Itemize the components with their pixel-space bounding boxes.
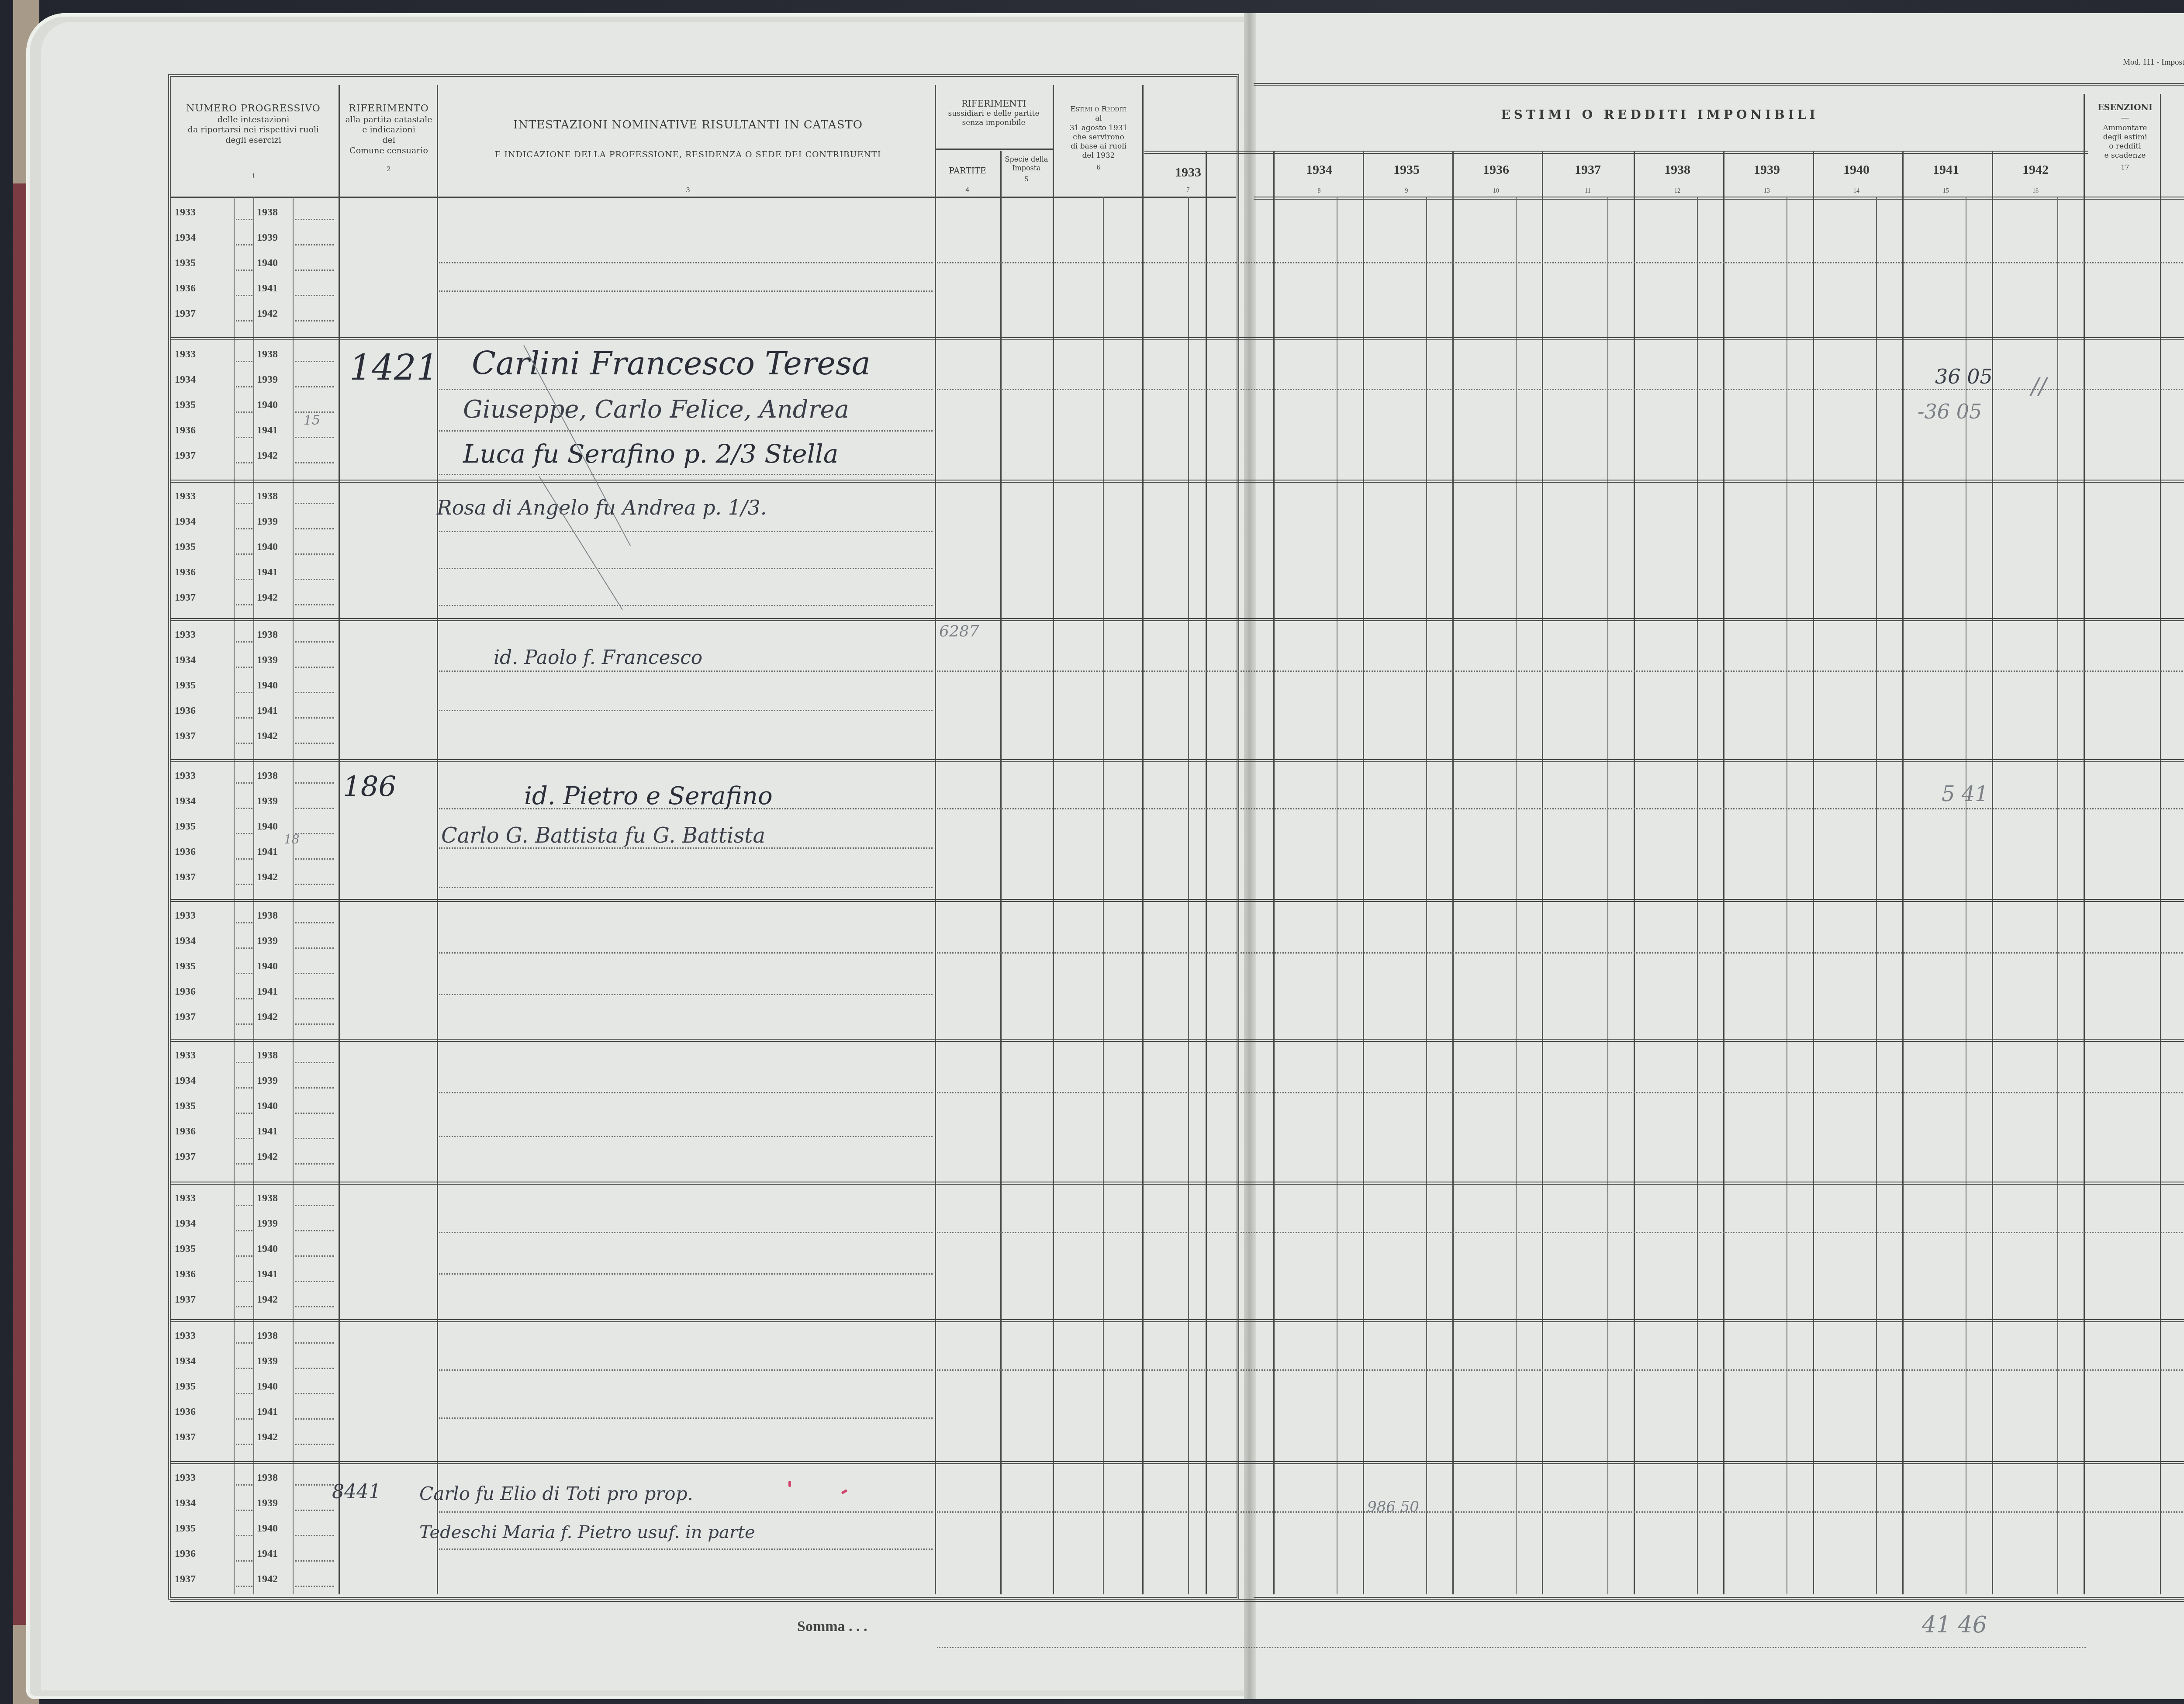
header-specie-imposta: Specie della Imposta 5 <box>1000 155 1053 183</box>
year-dotted-field <box>236 1023 252 1025</box>
row-separator <box>170 1461 2184 1464</box>
year-header-1939: 1939 <box>1725 162 1808 177</box>
row-year-left: 1937 <box>175 730 196 742</box>
dotted-writing-line <box>439 290 933 292</box>
year-dotted-field <box>236 973 252 974</box>
row-year-left: 1937 <box>175 1151 196 1163</box>
year-dotted-field <box>295 641 334 643</box>
entry-2-ruolo-note: 15 <box>304 413 320 428</box>
row-year-right: 1938 <box>257 770 278 782</box>
row-year-left: 1934 <box>175 1497 196 1509</box>
year-dotted-field <box>236 1484 252 1486</box>
year-dotted-field <box>236 884 252 885</box>
row-separator <box>170 1319 2184 1322</box>
row-year-left: 1936 <box>175 283 196 294</box>
year-dotted-field <box>236 361 252 362</box>
year-dotted-field <box>295 1560 334 1562</box>
row-year-right: 1939 <box>257 1218 278 1230</box>
row-year-right: 1942 <box>257 1011 278 1023</box>
col-divider-years <box>234 197 235 1594</box>
year-dotted-field <box>295 947 334 949</box>
row-year-right: 1942 <box>257 1151 278 1163</box>
year-dotted-field <box>295 462 334 463</box>
year-dotted-field <box>236 1393 252 1394</box>
table-bottom-rule <box>170 1599 2184 1602</box>
year-dotted-field <box>236 1163 252 1165</box>
row-year-right: 1939 <box>257 1355 278 1367</box>
row-year-right: 1939 <box>257 1497 278 1509</box>
row-year-left: 1935 <box>175 1523 196 1535</box>
entry-5-1941-amount: 5 41 <box>1942 782 1988 806</box>
year-dotted-field <box>295 219 334 220</box>
row-separator <box>170 759 2184 762</box>
year-dotted-field <box>295 604 334 605</box>
year-dotted-field <box>295 692 334 693</box>
year-dotted-field <box>295 361 334 362</box>
col-number-11: 11 <box>1546 188 1629 195</box>
entry-10-1935-amount: 986 50 <box>1367 1498 1419 1516</box>
year-dotted-field <box>295 1230 334 1231</box>
col-divider <box>1542 151 1543 1594</box>
row-year-left: 1937 <box>175 1294 196 1306</box>
year-dotted-field <box>295 1393 334 1394</box>
year-dotted-field <box>236 1230 252 1231</box>
row-year-left: 1933 <box>175 1192 196 1204</box>
col-divider <box>1452 151 1454 1594</box>
row-year-right: 1941 <box>257 1548 278 1560</box>
row-year-left: 1933 <box>175 349 196 360</box>
year-dotted-field <box>236 462 252 463</box>
year-dotted-field <box>236 833 252 834</box>
year-header-1938: 1938 <box>1636 162 1719 177</box>
header-riferimenti-sussidiari: RIFERIMENTI sussidiari e delle partite s… <box>935 98 1053 128</box>
year-dotted-field <box>236 641 252 643</box>
row-year-right: 1939 <box>257 374 278 386</box>
year-dotted-field <box>236 1586 252 1587</box>
year-dotted-field <box>295 743 334 744</box>
entry-5-riferimento: 186 <box>343 771 396 803</box>
row-separator <box>170 1182 2184 1185</box>
year-dotted-field <box>236 270 252 271</box>
row-year-left: 1933 <box>175 1330 196 1342</box>
row-year-left: 1936 <box>175 1268 196 1280</box>
dotted-writing-line <box>439 605 933 606</box>
dotted-writing-line <box>439 1273 933 1275</box>
row-year-left: 1934 <box>175 654 196 666</box>
entry-10-line-1: Carlo fu Elio di Toti pro prop. <box>419 1483 693 1504</box>
col-subdivider <box>1103 197 1104 1594</box>
row-year-left: 1933 <box>175 1050 196 1061</box>
col-divider <box>1634 151 1635 1594</box>
year-dotted-field <box>236 503 252 504</box>
year-dotted-field <box>236 604 252 605</box>
row-year-right: 1941 <box>257 283 278 294</box>
year-dotted-field <box>236 1205 252 1206</box>
dotted-writing-line <box>439 887 933 888</box>
row-year-left: 1935 <box>175 257 196 269</box>
dotted-amount-line <box>937 1511 2184 1513</box>
row-separator <box>170 337 2184 340</box>
row-year-left: 1936 <box>175 846 196 858</box>
year-dotted-field <box>295 833 334 834</box>
year-dotted-field <box>236 947 252 949</box>
year-dotted-field <box>236 1418 252 1420</box>
col-number-10: 10 <box>1455 188 1538 195</box>
year-dotted-field <box>236 1281 252 1282</box>
year-dotted-field <box>236 782 252 784</box>
col-subdivider <box>2057 197 2058 1594</box>
row-year-left: 1934 <box>175 516 196 528</box>
row-year-left: 1936 <box>175 986 196 998</box>
row-year-right: 1939 <box>257 1075 278 1087</box>
row-year-right: 1941 <box>257 986 278 998</box>
row-year-left: 1937 <box>175 1431 196 1443</box>
row-year-left: 1937 <box>175 308 196 320</box>
row-year-left: 1934 <box>175 1075 196 1087</box>
year-dotted-field <box>236 1560 252 1562</box>
entry-2-1941-amount: 36 05 <box>1935 365 1993 388</box>
row-year-left: 1935 <box>175 541 196 553</box>
row-year-right: 1938 <box>257 910 278 922</box>
dotted-amount-line <box>937 808 2184 809</box>
entry-5-ruolo-note: 18 <box>284 832 300 847</box>
dotted-amount-line <box>937 952 2184 954</box>
col-divider <box>1206 151 1207 1594</box>
year-dotted-field <box>295 528 334 529</box>
row-year-right: 1940 <box>257 257 278 269</box>
col-number-8: 8 <box>1278 188 1361 195</box>
year-dotted-field <box>236 717 252 719</box>
row-year-left: 1935 <box>175 1381 196 1393</box>
year-dotted-field <box>236 1342 252 1344</box>
year-dotted-field <box>236 692 252 693</box>
year-dotted-field <box>295 973 334 974</box>
book-spine-red-edge <box>13 183 26 1625</box>
year-dotted-field <box>236 1510 252 1511</box>
year-dotted-field <box>236 667 252 668</box>
col-number-14: 14 <box>1815 188 1898 195</box>
dotted-writing-line <box>439 1548 933 1550</box>
year-dotted-field <box>295 1138 334 1139</box>
row-year-left: 1933 <box>175 1472 196 1484</box>
row-year-right: 1942 <box>257 308 278 320</box>
header-esenzioni: ESENZIONI — Ammontare degli estimi o red… <box>2088 103 2162 171</box>
year-dotted-field <box>236 998 252 999</box>
year-dotted-field <box>236 244 252 245</box>
row-year-right: 1942 <box>257 871 278 883</box>
row-year-left: 1934 <box>175 1355 196 1367</box>
row-year-left: 1935 <box>175 821 196 833</box>
row-year-left: 1934 <box>175 1218 196 1230</box>
col-number-12: 12 <box>1636 188 1719 195</box>
dotted-writing-line <box>439 474 933 475</box>
year-header-1940: 1940 <box>1815 162 1898 177</box>
year-dotted-field <box>295 884 334 885</box>
row-year-left: 1935 <box>175 1100 196 1112</box>
year-dotted-field <box>295 1418 334 1420</box>
dotted-writing-line <box>439 1136 933 1137</box>
entry-10-riferimento: 8441 <box>332 1481 381 1503</box>
row-year-left: 1936 <box>175 705 196 717</box>
row-separator <box>170 480 2184 483</box>
year-dotted-field <box>295 1087 334 1089</box>
row-year-left: 1933 <box>175 770 196 782</box>
year-dotted-field <box>236 1138 252 1139</box>
dotted-writing-line <box>439 1232 933 1233</box>
year-dotted-field <box>295 1062 334 1063</box>
red-pencil-mark <box>788 1481 791 1487</box>
row-separator <box>170 899 2184 902</box>
year-header-1941: 1941 <box>1904 162 1987 177</box>
col-number-7: 7 <box>1144 187 1232 194</box>
entry-2-line-3: Luca fu Serafino p. 2/3 Stella <box>463 439 838 469</box>
col-subdivider <box>1426 197 1427 1594</box>
year-header-1937: 1937 <box>1546 162 1629 177</box>
total-1941: 41 46 <box>1922 1612 1987 1638</box>
entry-3-line-1: Rosa di Angelo fu Andrea p. 1/3. <box>437 496 767 519</box>
row-year-right: 1941 <box>257 567 278 578</box>
row-year-left: 1936 <box>175 1548 196 1560</box>
year-dotted-field <box>295 1484 334 1486</box>
row-year-right: 1939 <box>257 654 278 666</box>
year-dotted-field <box>295 1444 334 1445</box>
row-year-right: 1938 <box>257 1472 278 1484</box>
row-year-right: 1940 <box>257 1381 278 1393</box>
row-year-left: 1933 <box>175 910 196 922</box>
col-divider <box>1363 151 1364 1594</box>
year-dotted-field <box>295 1205 334 1206</box>
col-divider <box>1000 151 1002 1594</box>
year-dotted-field <box>295 1255 334 1257</box>
col-divider <box>935 85 936 1594</box>
header-estimi-1931: Estimi o Redditi al 31 agosto 1931 che s… <box>1053 105 1144 171</box>
col-subdivider <box>1607 197 1608 1594</box>
row-year-right: 1938 <box>257 1330 278 1342</box>
dotted-amount-line <box>937 262 2184 263</box>
year-dotted-field <box>236 808 252 809</box>
year-dotted-field <box>295 922 334 923</box>
row-year-right: 1938 <box>257 629 278 641</box>
col-subdivider <box>1337 197 1337 1594</box>
dotted-total-line <box>937 1647 2086 1648</box>
row-year-left: 1937 <box>175 450 196 462</box>
entry-10-line-2: Tedeschi Maria f. Pietro usuf. in parte <box>419 1522 755 1542</box>
year-header-1935: 1935 <box>1365 162 1448 177</box>
year-dotted-field <box>295 270 334 271</box>
col-divider <box>1902 151 1904 1594</box>
year-dotted-field <box>295 320 334 321</box>
year-dotted-field <box>236 1113 252 1114</box>
row-year-right: 1938 <box>257 491 278 502</box>
entry-4-partite: 6287 <box>939 622 979 640</box>
year-dotted-field <box>236 320 252 321</box>
row-year-left: 1933 <box>175 629 196 641</box>
year-dotted-field <box>236 922 252 923</box>
dotted-writing-line <box>439 262 933 263</box>
col-divider <box>1142 85 1144 1594</box>
col-number-16: 16 <box>1994 188 2077 195</box>
year-dotted-field <box>236 1255 252 1257</box>
year-dotted-field <box>236 1306 252 1307</box>
row-separator <box>170 618 2184 621</box>
year-dotted-field <box>236 1368 252 1369</box>
dotted-writing-line <box>439 952 933 954</box>
row-year-left: 1933 <box>175 207 196 218</box>
year-dotted-field <box>295 717 334 719</box>
year-dotted-field <box>236 858 252 860</box>
dotted-writing-line <box>439 389 933 390</box>
year-dotted-field <box>236 219 252 220</box>
right-table-frame <box>1254 83 2184 1600</box>
dotted-writing-line <box>439 568 933 569</box>
year-dotted-field <box>236 411 252 413</box>
year-dotted-field <box>295 1368 334 1369</box>
row-year-left: 1934 <box>175 795 196 807</box>
row-year-right: 1942 <box>257 450 278 462</box>
dotted-amount-line <box>937 1232 2184 1233</box>
row-year-left: 1936 <box>175 1126 196 1137</box>
row-year-right: 1938 <box>257 207 278 218</box>
row-year-left: 1936 <box>175 1406 196 1418</box>
year-dotted-field <box>236 1087 252 1089</box>
col-divider <box>1273 151 1275 1594</box>
year-dotted-field <box>295 1586 334 1587</box>
year-dotted-field <box>295 295 334 296</box>
form-identifier: Mod. 111 - Imposte Dirette (Intercalare)… <box>2123 58 2184 67</box>
entry-5-line-2: Carlo G. Battista fu G. Battista <box>441 823 765 848</box>
row-year-left: 1937 <box>175 871 196 883</box>
row-year-left: 1934 <box>175 935 196 947</box>
year-dotted-field <box>236 743 252 744</box>
year-header-1933: 1933 <box>1144 165 1232 180</box>
row-year-left: 1936 <box>175 567 196 578</box>
year-dotted-field <box>295 244 334 245</box>
year-dotted-field <box>295 858 334 860</box>
year-dotted-field <box>236 553 252 555</box>
row-year-right: 1939 <box>257 795 278 807</box>
somma-label: Somma . . . <box>797 1618 867 1635</box>
entry-2-line-2: Giuseppe, Carlo Felice, Andrea <box>463 395 849 424</box>
entry-2-line-1: Carlini Francesco Teresa <box>472 345 871 382</box>
entry-2-1942-mark: // <box>2031 373 2046 400</box>
header-bottom-rule-left <box>170 197 1236 198</box>
year-dotted-field <box>295 1342 334 1344</box>
year-dotted-field <box>236 579 252 580</box>
row-year-right: 1942 <box>257 1573 278 1585</box>
row-year-right: 1938 <box>257 1050 278 1061</box>
year-header-1936: 1936 <box>1455 162 1538 177</box>
year-dotted-field <box>295 808 334 809</box>
col-divider <box>1813 151 1814 1594</box>
col-divider-years <box>253 197 254 1594</box>
col-number-9: 9 <box>1365 188 1448 195</box>
year-dotted-field <box>295 1510 334 1511</box>
row-year-left: 1935 <box>175 399 196 411</box>
col-number-13: 13 <box>1725 188 1808 195</box>
year-dotted-field <box>295 503 334 504</box>
dotted-writing-line <box>439 1092 933 1093</box>
estimi-subrule <box>1144 151 2088 154</box>
col-divider <box>1053 85 1054 1594</box>
header-intestazioni: INTESTAZIONI NOMINATIVE RISULTANTI IN CA… <box>441 118 935 194</box>
row-year-right: 1940 <box>257 1523 278 1535</box>
header-numero-progressivo: NUMERO PROGRESSIVO delle intestazioni da… <box>170 103 336 180</box>
entry-4-line-1: id. Paolo f. Francesco <box>494 646 702 669</box>
row-year-right: 1942 <box>257 1294 278 1306</box>
entry-5-line-1: id. Pietro e Serafino <box>524 782 773 810</box>
dotted-writing-line <box>439 671 933 672</box>
col-subdivider <box>1516 197 1517 1594</box>
year-dotted-field <box>236 1062 252 1063</box>
col-subdivider <box>1697 197 1698 1594</box>
row-year-left: 1935 <box>175 680 196 691</box>
dotted-writing-line <box>439 710 933 711</box>
col-number-15: 15 <box>1904 188 1987 195</box>
year-header-1934: 1934 <box>1278 162 1361 177</box>
year-dotted-field <box>295 553 334 555</box>
year-dotted-field <box>236 386 252 387</box>
header-estimi-imponibili: ESTIMI O REDDITI IMPONIBILI <box>1354 107 1966 122</box>
row-year-left: 1935 <box>175 961 196 972</box>
year-dotted-field <box>236 528 252 529</box>
col-divider <box>437 85 438 1594</box>
row-year-right: 1940 <box>257 961 278 972</box>
row-year-right: 1939 <box>257 232 278 244</box>
year-dotted-field <box>295 1113 334 1114</box>
row-year-left: 1937 <box>175 592 196 604</box>
header-bottom-rule-right <box>1254 197 2184 200</box>
year-dotted-field <box>295 1023 334 1025</box>
row-year-left: 1936 <box>175 425 196 436</box>
row-year-right: 1940 <box>257 821 278 833</box>
header-annotazioni: ANNOTAZIONI 18 <box>2164 131 2184 190</box>
dotted-writing-line <box>439 994 933 995</box>
dotted-writing-line <box>439 1417 933 1419</box>
year-dotted-field <box>236 1444 252 1445</box>
col-subdivider <box>1188 197 1189 1594</box>
row-year-left: 1934 <box>175 232 196 244</box>
row-year-right: 1938 <box>257 349 278 360</box>
row-year-left: 1937 <box>175 1573 196 1585</box>
dotted-writing-line <box>439 531 933 532</box>
row-separator <box>170 1039 2184 1042</box>
row-year-right: 1940 <box>257 680 278 691</box>
header-riferimento: RIFERIMENTO alla partita catastale e ind… <box>339 103 439 173</box>
col-divider <box>339 85 340 1594</box>
row-year-left: 1933 <box>175 491 196 502</box>
row-year-right: 1941 <box>257 1126 278 1137</box>
row-year-right: 1940 <box>257 541 278 553</box>
dotted-amount-line <box>937 1092 2184 1093</box>
year-dotted-field <box>295 579 334 580</box>
dotted-amount-line <box>937 1369 2184 1371</box>
row-year-right: 1942 <box>257 592 278 604</box>
row-year-right: 1940 <box>257 1100 278 1112</box>
col-divider-years <box>293 197 294 1594</box>
row-year-right: 1941 <box>257 846 278 858</box>
row-year-right: 1941 <box>257 1268 278 1280</box>
entry-2-riferimento: 1421 <box>349 347 439 388</box>
col-divider <box>1723 151 1724 1594</box>
year-dotted-field <box>236 295 252 296</box>
year-dotted-field <box>236 437 252 438</box>
year-dotted-field <box>295 1535 334 1536</box>
year-dotted-field <box>295 998 334 999</box>
row-year-right: 1939 <box>257 516 278 528</box>
row-year-left: 1935 <box>175 1243 196 1255</box>
year-dotted-field <box>295 437 334 438</box>
year-dotted-field <box>295 1306 334 1307</box>
